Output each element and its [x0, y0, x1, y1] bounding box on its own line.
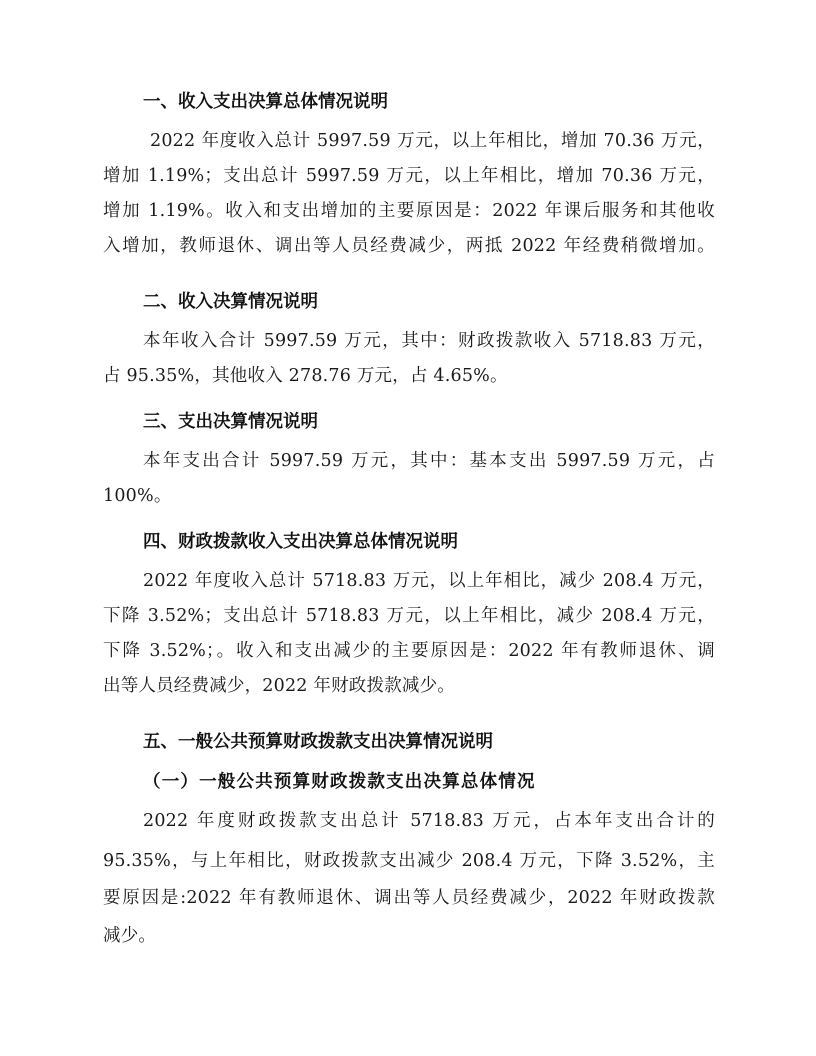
section-1-line-1: 2022 年度收入总计 5997.59 万元，以上年相比，增加 70.36 万元… [150, 128, 715, 154]
section-4-line-1: 2022 年度收入总计 5718.83 万元，以上年相比，减少 208.4 万元… [143, 568, 715, 594]
section-3-heading: 三、支出决算情况说明 [143, 408, 318, 436]
section-1-heading: 一、收入支出决算总体情况说明 [143, 88, 388, 116]
section-1-line-2: 增加 1.19%；支出总计 5997.59 万元，以上年相比，增加 70.36 … [103, 163, 715, 189]
section-4-line-3: 下降 3.52%；。收入和支出减少的主要原因是：2022 年有教师退休、调 [103, 638, 715, 664]
section-5-subheading: （一）一般公共预算财政拨款支出决算总体情况 [143, 768, 536, 796]
section-5-line-4: 减少。 [103, 923, 715, 949]
section-1-line-3: 增加 1.19%。收入和支出增加的主要原因是：2022 年课后服务和其他收 [103, 198, 715, 224]
section-1-line-4: 入增加，教师退休、调出等人员经费减少，两抵 2022 年经费稍微增加。 [103, 233, 715, 259]
section-4-line-4: 出等人员经费减少，2022 年财政拨款减少。 [103, 673, 715, 699]
section-3-line-2: 100%。 [103, 483, 715, 509]
section-4-heading: 四、财政拨款收入支出决算总体情况说明 [143, 528, 458, 556]
section-5-line-3: 要原因是:2022 年有教师退休、调出等人员经费减少，2022 年财政拨款 [103, 885, 715, 911]
section-4-line-2: 下降 3.52%；支出总计 5718.83 万元，以上年相比，减少 208.4 … [103, 603, 715, 629]
section-5-line-1: 2022 年度财政拨款支出总计 5718.83 万元，占本年支出合计的 [143, 808, 715, 834]
section-2-line-1: 本年收入合计 5997.59 万元，其中：财政拨款收入 5718.83 万元， [143, 328, 715, 354]
section-5-line-2: 95.35%，与上年相比，财政拨款支出减少 208.4 万元，下降 3.52%，… [103, 848, 715, 874]
section-5-heading: 五、一般公共预算财政拨款支出决算情况说明 [143, 728, 493, 756]
section-2-heading: 二、收入决算情况说明 [143, 288, 318, 316]
section-2-line-2: 占 95.35%，其他收入 278.76 万元，占 4.65%。 [103, 363, 715, 389]
section-3-line-1: 本年支出合计 5997.59 万元，其中：基本支出 5997.59 万元，占 [143, 448, 715, 474]
document-page: 一、收入支出决算总体情况说明 2022 年度收入总计 5997.59 万元，以上… [0, 0, 816, 1056]
